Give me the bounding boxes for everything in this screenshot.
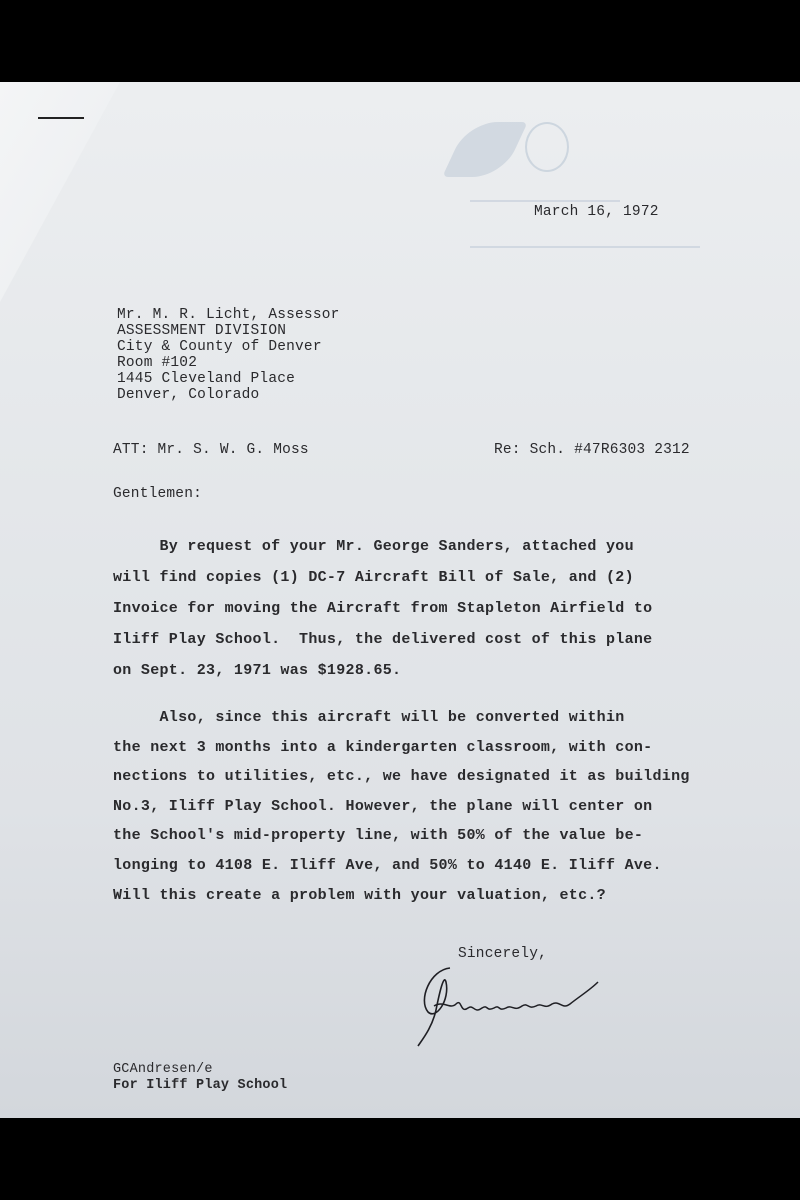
recipient-line: Denver, Colorado <box>117 387 259 403</box>
globe-icon <box>525 122 569 172</box>
margin-mark <box>38 117 84 119</box>
paragraph-2-line: Will this create a problem with your val… <box>113 887 606 904</box>
paragraph-2-line: Also, since this aircraft will be conver… <box>113 709 625 726</box>
salutation: Gentlemen: <box>113 486 202 502</box>
paragraph-1-line: Invoice for moving the Aircraft from Sta… <box>113 600 652 617</box>
paragraph-1-line: By request of your Mr. George Sanders, a… <box>113 538 634 555</box>
letter-page: March 16, 1972 Mr. M. R. Licht, Assessor… <box>0 82 800 1118</box>
paragraph-2-line: the School's mid-property line, with 50%… <box>113 827 643 844</box>
page-fold <box>0 82 120 302</box>
handwritten-signature <box>410 960 610 1050</box>
paragraph-1-line: on Sept. 23, 1971 was $1928.65. <box>113 662 401 679</box>
paragraph-1-line: Iliff Play School. Thus, the delivered c… <box>113 631 652 648</box>
sender-initials: GCAndresen/e <box>113 1062 213 1077</box>
recipient-line: City & County of Denver <box>117 339 322 355</box>
bleed-through-logo <box>455 112 595 182</box>
recipient-line: Room #102 <box>117 355 197 371</box>
paragraph-2-line: nections to utilities, etc., we have des… <box>113 768 690 785</box>
recipient-line: ASSESSMENT DIVISION <box>117 323 286 339</box>
reference-line: Re: Sch. #47R6303 2312 <box>494 442 690 458</box>
bleed-through-line <box>470 246 700 248</box>
paragraph-2-line: No.3, Iliff Play School. However, the pl… <box>113 798 652 815</box>
recipient-line: 1445 Cleveland Place <box>117 371 295 387</box>
recipient-line: Mr. M. R. Licht, Assessor <box>117 307 340 323</box>
attention-line: ATT: Mr. S. W. G. Moss <box>113 442 309 458</box>
paragraph-2-line: the next 3 months into a kindergarten cl… <box>113 739 652 756</box>
sender-organization: For Iliff Play School <box>113 1078 287 1093</box>
paragraph-2-line: longing to 4108 E. Iliff Ave, and 50% to… <box>113 857 662 874</box>
letter-date: March 16, 1972 <box>534 204 659 220</box>
bleed-through-line <box>470 200 620 202</box>
paragraph-1-line: will find copies (1) DC-7 Aircraft Bill … <box>113 569 634 586</box>
